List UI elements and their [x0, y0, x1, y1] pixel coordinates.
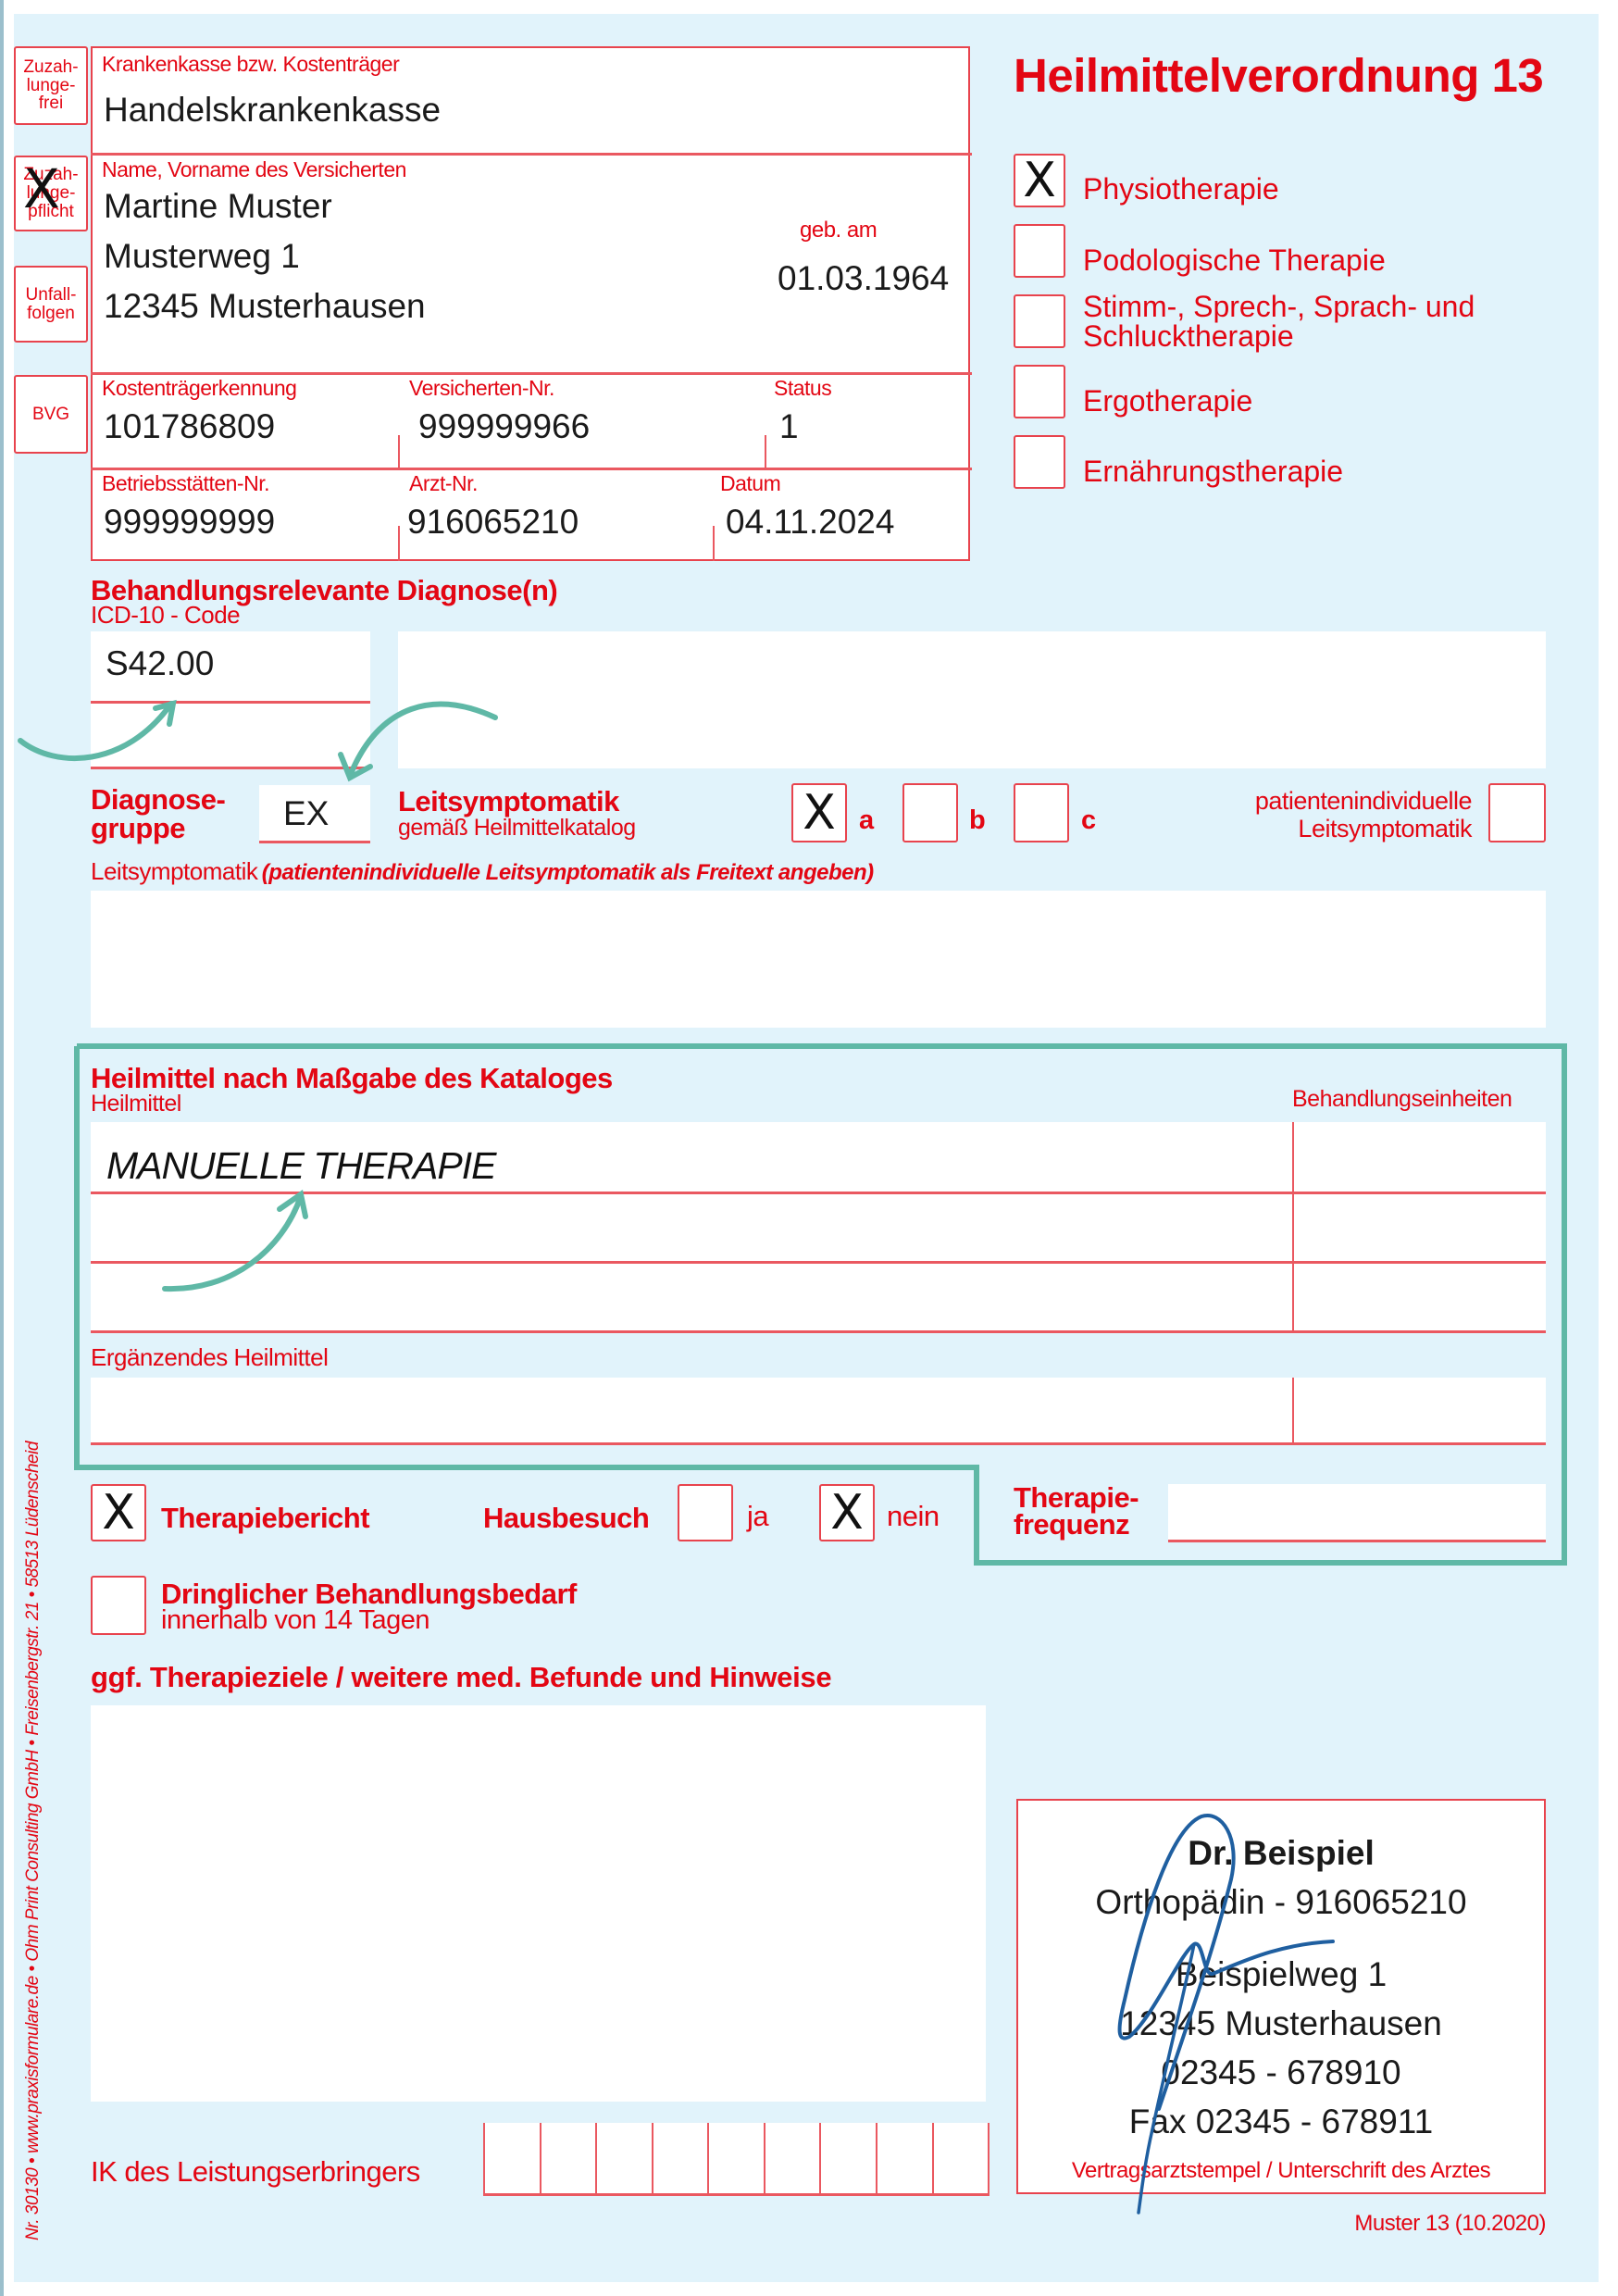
stamp-phone: 02345 - 678910 [1016, 2048, 1546, 2097]
goals-field[interactable] [91, 1705, 986, 2102]
divider [1292, 1122, 1294, 1333]
stamp-city: 12345 Musterhausen [1016, 1999, 1546, 2048]
units-fields[interactable] [1295, 1122, 1546, 1330]
frequency-label: Therapie- frequenz [1014, 1484, 1139, 1539]
divider [1292, 1378, 1294, 1444]
checkbox-therapiebericht[interactable]: X [91, 1484, 146, 1541]
stamp-fax: Fax 02345 - 678911 [1016, 2097, 1546, 2146]
goals-heading: ggf. Therapieziele / weitere med. Befund… [91, 1661, 831, 1694]
ik-digit-cell[interactable] [709, 2123, 765, 2193]
home-visit-label: Hausbesuch [483, 1502, 649, 1535]
ik-label: IK des Leistungserbringers [91, 2157, 420, 2186]
ik-digit-cell[interactable] [485, 2123, 541, 2193]
stamp-street: Beispielweg 1 [1016, 1950, 1546, 1999]
checkbox-home-visit-yes[interactable] [678, 1484, 733, 1541]
printer-imprint: Nr. 30130 • www.praxisformulare.de • Ohm… [24, 1441, 42, 2240]
remedy-col-label: Heilmittel [91, 1092, 181, 1116]
stamp-caption: Vertragsarztstempel / Unterschrift des A… [1016, 2160, 1546, 2182]
ik-digit-cell[interactable] [821, 2123, 877, 2193]
remedy-row-2[interactable] [91, 1194, 1292, 1261]
divider [91, 1442, 1546, 1445]
check-mark: X [830, 1489, 864, 1537]
ik-digit-cell[interactable] [541, 2123, 598, 2193]
divider [91, 1330, 1546, 1333]
checkbox-home-visit-no[interactable]: X [819, 1484, 875, 1541]
stamp-specialty: Orthopädin - 916065210 [1016, 1878, 1546, 1927]
frequency-field[interactable] [1168, 1484, 1546, 1542]
remedy-row-3[interactable] [91, 1264, 1292, 1330]
report-label: Therapiebericht [161, 1502, 369, 1535]
checkbox-urgent[interactable] [91, 1576, 146, 1635]
ik-digit-cell[interactable] [597, 2123, 653, 2193]
yes-label: ja [747, 1502, 768, 1530]
ik-digit-cell[interactable] [653, 2123, 710, 2193]
supplementary-label: Ergänzendes Heilmittel [91, 1345, 328, 1369]
stamp-name: Dr. Beispiel [1016, 1828, 1546, 1878]
ik-digit-cell[interactable] [877, 2123, 934, 2193]
check-mark: X [102, 1489, 135, 1537]
urgent-sub: innerhalb von 14 Tagen [161, 1607, 429, 1634]
ik-field[interactable] [483, 2123, 989, 2196]
doctor-stamp: Dr. Beispiel Orthopädin - 916065210 Beis… [1016, 1828, 1546, 2146]
ik-digit-cell[interactable] [934, 2123, 989, 2193]
units-col-label: Behandlungseinheiten [1292, 1088, 1512, 1111]
ik-digit-cell[interactable] [765, 2123, 822, 2193]
no-label: nein [887, 1502, 940, 1530]
form-version: Muster 13 (10.2020) [1333, 2213, 1546, 2235]
supplementary-remedy-field[interactable] [91, 1378, 1546, 1444]
remedy-value: MANUELLE THERAPIE [106, 1144, 495, 1188]
